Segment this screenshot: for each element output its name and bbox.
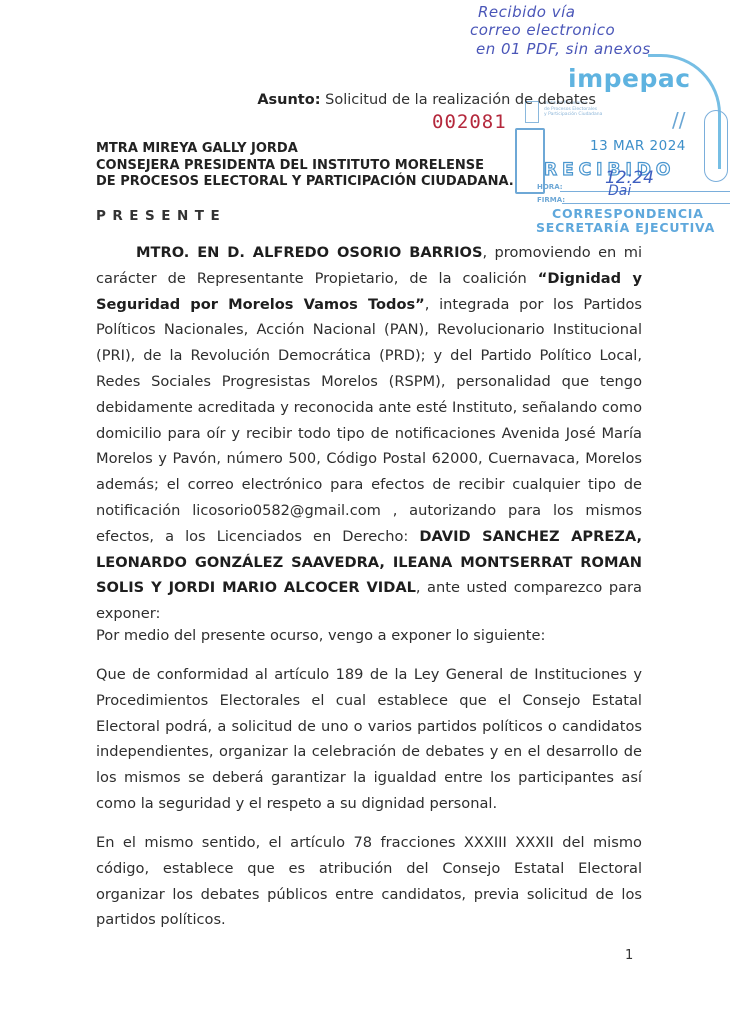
handwritten-note-line-2: correo electronico	[470, 22, 615, 39]
paragraph-article-78: En el mismo sentido, el artículo 78 frac…	[96, 830, 642, 933]
addressee-name: MTRA MIREYA GALLY JORDA	[96, 141, 514, 158]
addressee-title: CONSEJERA PRESIDENTA DEL INSTITUTO MOREL…	[96, 158, 514, 175]
stamp-firma-label: FIRMA:	[537, 196, 565, 204]
petitioner-name: MTRO. EN D. ALFREDO OSORIO BARRIOS	[136, 244, 482, 261]
addressee-block: MTRA MIREYA GALLY JORDA CONSEJERA PRESID…	[96, 141, 514, 191]
stamp-hora-label: HORA:	[537, 183, 563, 191]
handwritten-note-line-1: Recibido vía	[478, 4, 575, 21]
paragraph-article-189: Que de conformidad al artículo 189 de la…	[96, 662, 642, 817]
stamp-firma-signature: Dai	[608, 183, 631, 199]
stamp-firma-line	[562, 203, 730, 204]
page-number: 1	[625, 948, 633, 963]
addressee-institution: DE PROCESOS ELECTORAL Y PARTICIPACIÓN CI…	[96, 174, 514, 191]
stamp-area-correspondencia: CORRESPONDENCIA	[552, 206, 704, 221]
stamp-oval-icon	[704, 110, 728, 182]
subject-line: Asunto: Solicitud de la realización de d…	[0, 92, 596, 108]
stamp-area-secretaria: SECRETARÍA EJECUTIVA	[536, 220, 715, 235]
stamp-slashes-icon: //	[672, 108, 685, 132]
folio-number: 002081	[432, 111, 507, 133]
stamp-date: 13 MAR 2024	[590, 138, 686, 154]
paragraph-introduction: MTRO. EN D. ALFREDO OSORIO BARRIOS, prom…	[96, 240, 642, 627]
paragraph-exposition: Por medio del presente ocurso, vengo a e…	[96, 623, 642, 649]
presente-heading: PRESENTE	[96, 208, 226, 224]
subject-text: Solicitud de la realización de debates	[321, 92, 596, 108]
impepac-logo: impepac	[568, 64, 691, 93]
stamp-hora-line	[560, 191, 730, 192]
subject-label: Asunto:	[257, 92, 320, 108]
